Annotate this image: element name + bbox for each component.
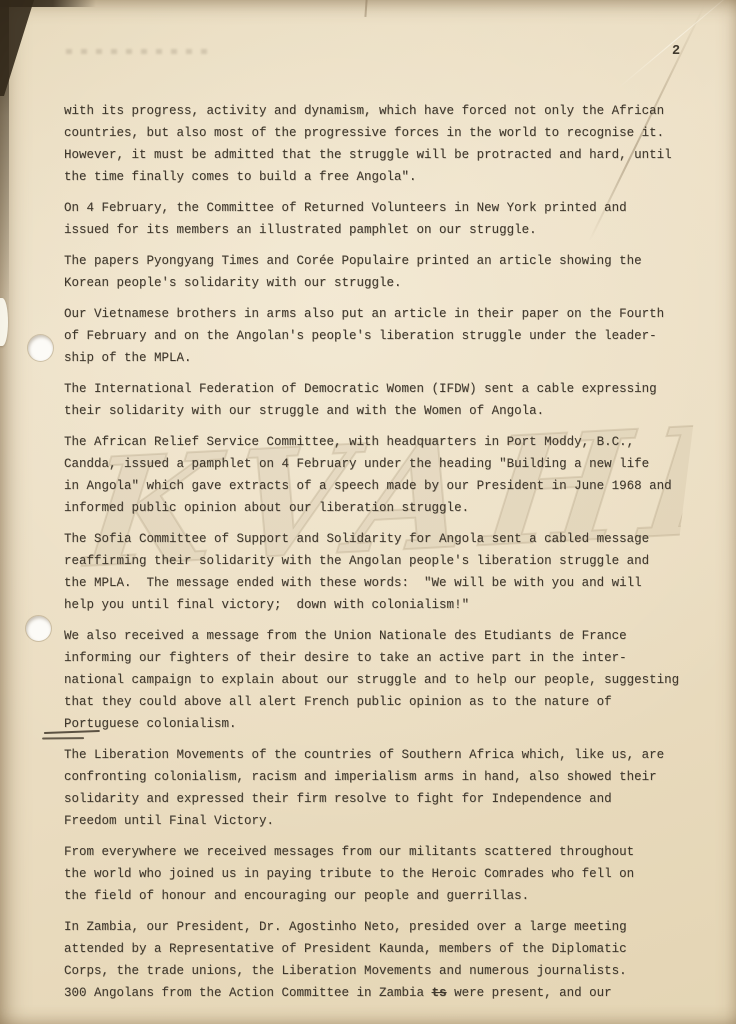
paragraph-11: In Zambia, our President, Dr. Agostinho … <box>64 916 706 1004</box>
paragraph-10: From everywhere we received messages fro… <box>64 841 706 907</box>
paragraph-7: The Sofia Committee of Support and Solid… <box>64 528 706 616</box>
paragraph-9: The Liberation Movements of the countrie… <box>64 744 706 832</box>
scanned-typewritten-page: KVAHD 2 with its progress, activity and … <box>0 0 736 1024</box>
paragraph-2: On 4 February, the Committee of Returned… <box>64 197 706 241</box>
struck-out-text: ts <box>432 986 447 1000</box>
paragraph-6: The African Relief Service Committee, wi… <box>64 431 706 519</box>
paragraph-8: We also received a message from the Unio… <box>64 625 706 735</box>
paragraph-3: The papers Pyongyang Times and Corée Pop… <box>64 250 706 294</box>
underline-stroke-2 <box>42 737 84 739</box>
document-body: with its progress, activity and dynamism… <box>0 0 736 1013</box>
paragraph-11-text-end: were present, and our <box>447 986 612 1000</box>
paragraph-5: The International Federation of Democrat… <box>64 378 706 422</box>
paragraph-4: Our Vietnamese brothers in arms also put… <box>64 303 706 369</box>
paragraph-1: with its progress, activity and dynamism… <box>64 100 706 188</box>
